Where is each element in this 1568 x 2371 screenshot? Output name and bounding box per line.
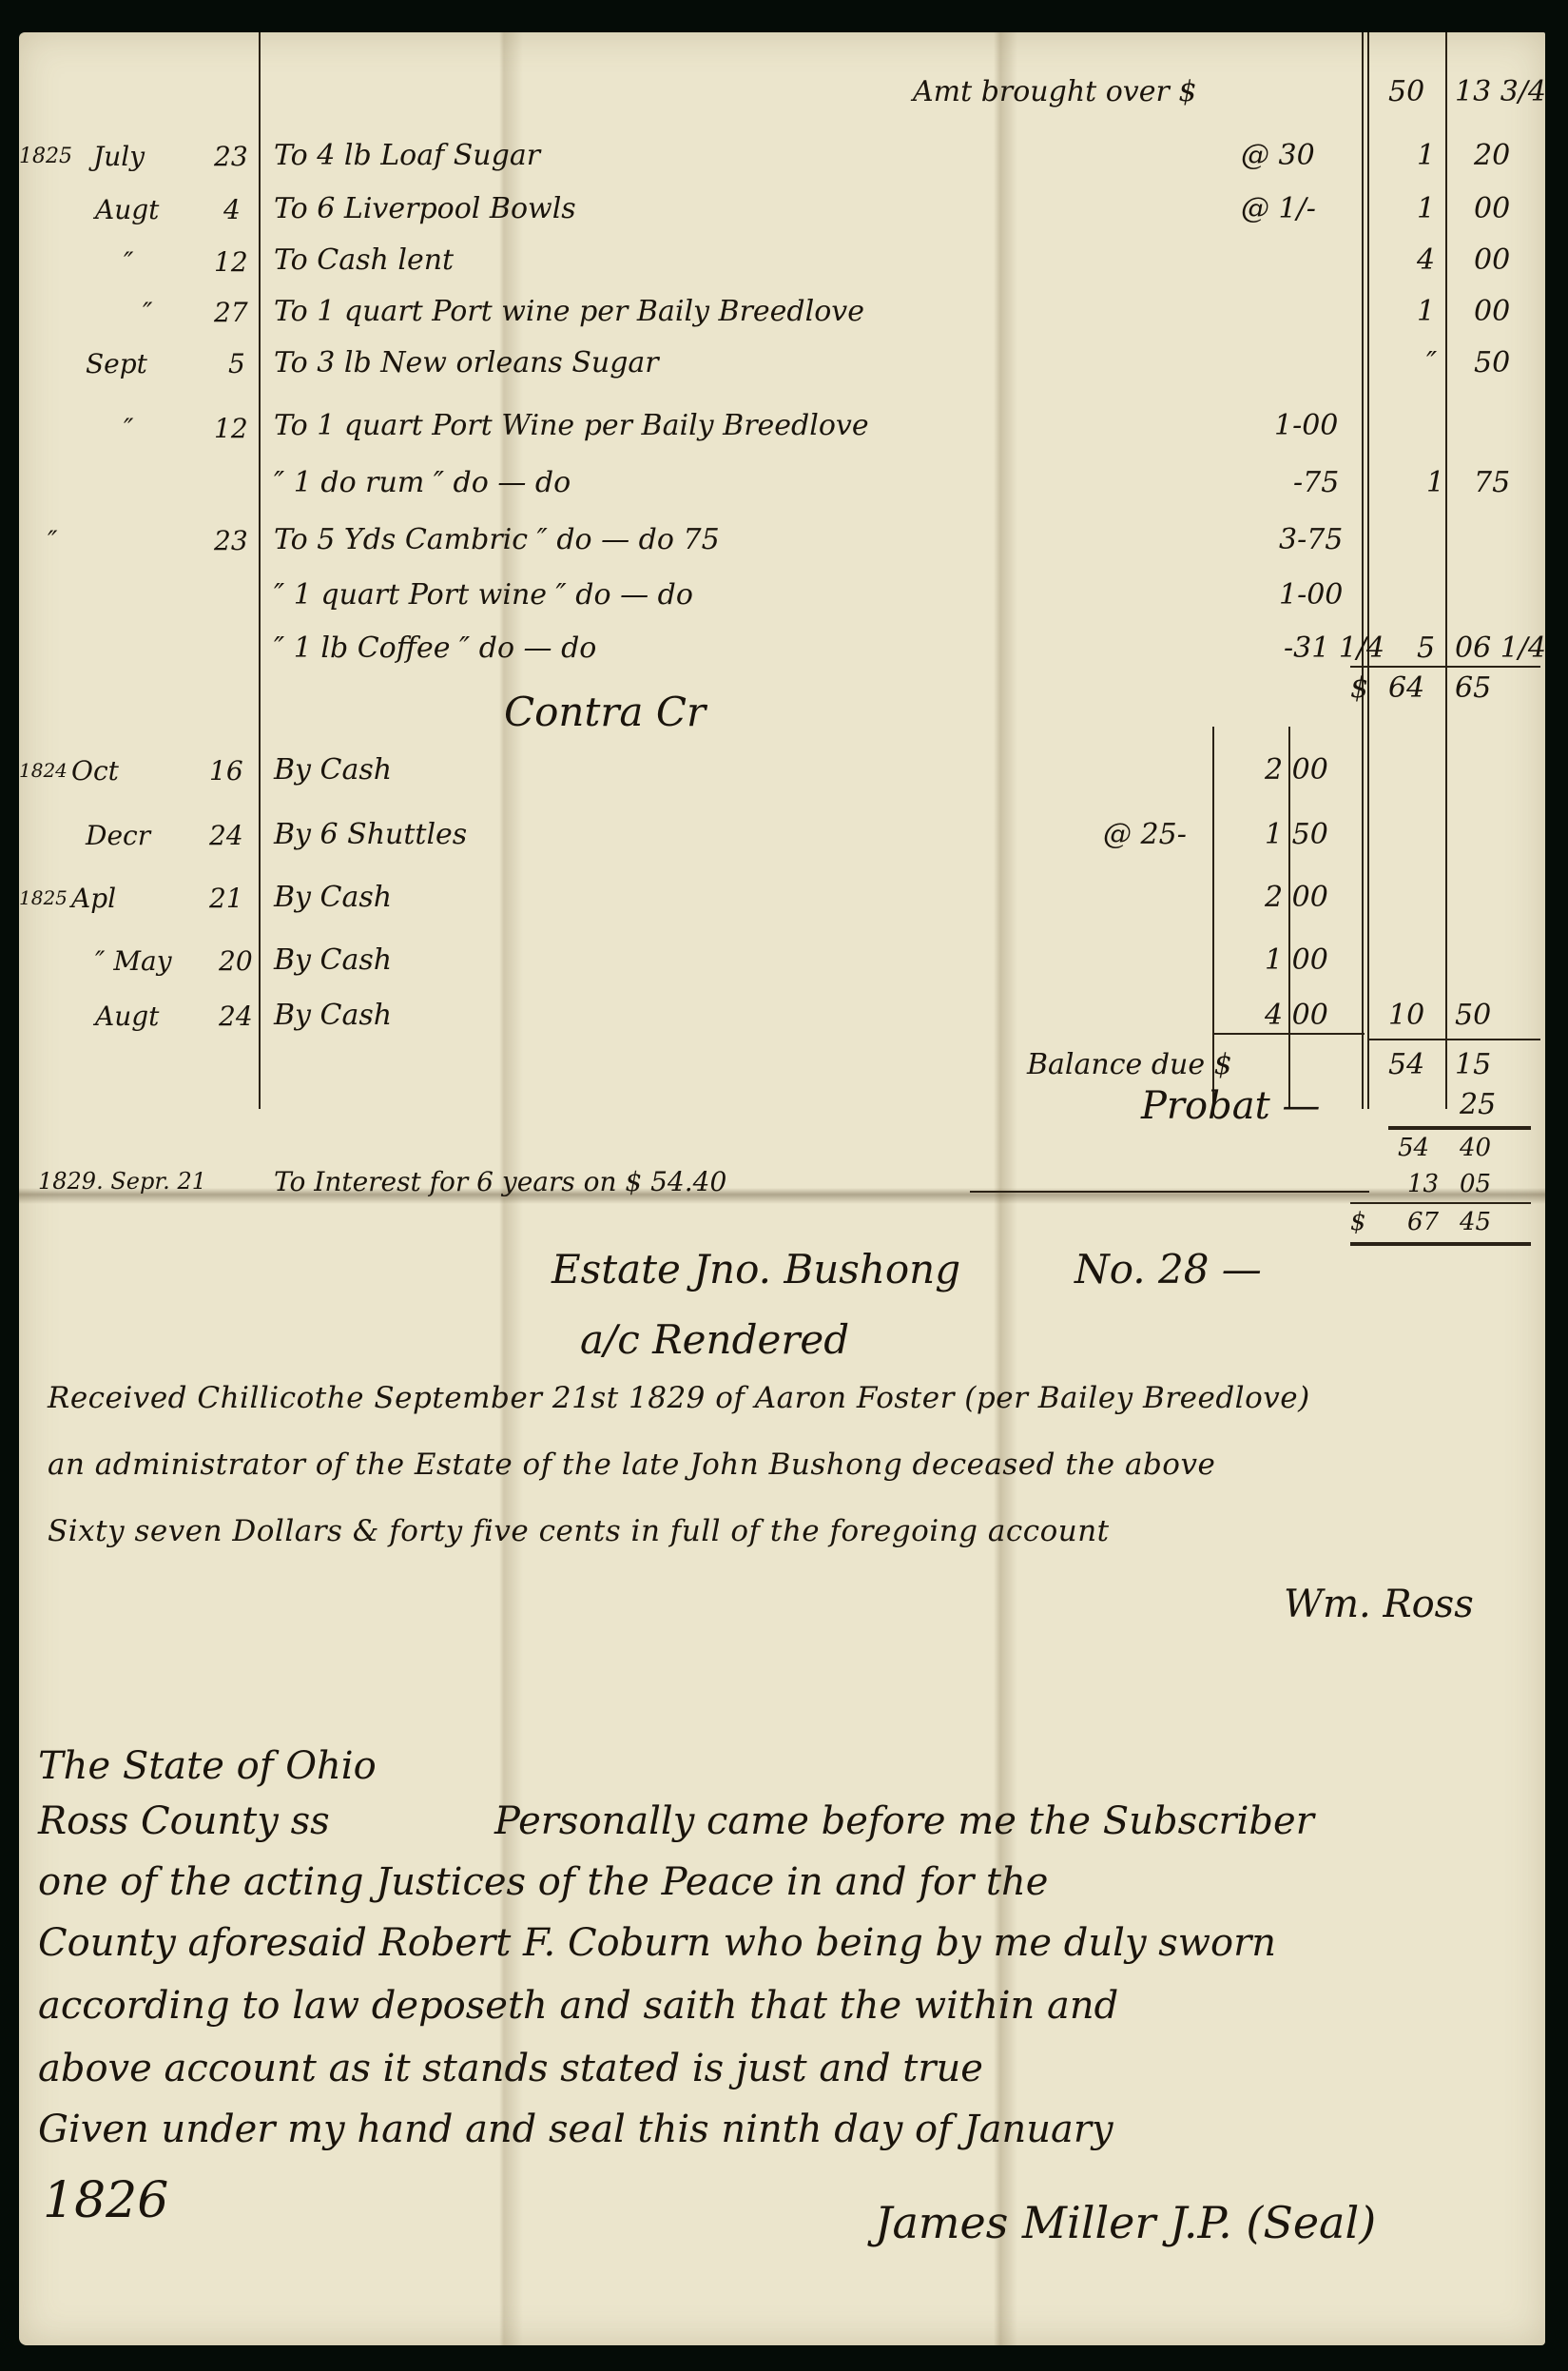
row-dollars: 1 [1417,295,1435,328]
row-description: To 6 Liverpool Bowls [274,192,576,225]
row-amount: 2 00 [1265,881,1328,914]
subtotal-cents: 40 [1460,1134,1491,1162]
credit-total-rule [1212,1033,1365,1035]
affidavit-line-3: County aforesaid Robert F. Coburn who be… [38,1921,1276,1965]
row-dollars: 1 [1417,139,1435,172]
receipt-number: No. 28 — [1074,1246,1262,1292]
row-description: ″ 1 lb Coffee ″ do — do [274,632,596,665]
debit-total-dollars: 64 [1388,671,1424,705]
row-day: 20 [219,945,253,977]
grand-total-rule-bottom [1350,1242,1531,1246]
receipt-line-2: an administrator of the Estate of the la… [48,1448,1215,1482]
subtotal-dollars: 54 [1398,1134,1429,1162]
row-dollars: ″ [1426,346,1437,379]
row-year: 1825 [19,886,68,909]
credit-total-dollars: 10 [1388,999,1424,1032]
affidavit-line-5: above account as it stands stated is jus… [38,2047,983,2090]
grand-total-cents: 45 [1460,1208,1491,1236]
row-description: To Cash lent [274,243,454,277]
receipt-title-estate: Estate Jno. Bushong [552,1246,960,1292]
affidavit-line-6: Given under my hand and seal this ninth … [38,2108,1113,2151]
row-cents: 75 [1474,466,1510,499]
affidavit-line-4: according to law deposeth and saith that… [38,1984,1118,2028]
row-description: ″ 1 do rum ″ do — do [274,466,571,499]
row-dollars: 5 [1417,632,1435,665]
row-amount: 4 00 [1265,999,1328,1032]
brought-over-label: Amt brought over $ [913,75,1196,108]
debit-total-cents: 65 [1455,671,1491,705]
row-day: 12 [214,246,248,278]
row-rate: @ 1/- [1241,192,1316,225]
row-description: By Cash [274,943,392,977]
row-day: 27 [214,297,248,328]
brought-over-dollars: 50 [1388,75,1424,108]
row-description: To 4 lb Loaf Sugar [274,139,540,172]
row-month: Sept [86,348,147,379]
row-month: Decr [86,820,150,851]
row-description: By 6 Shuttles [274,818,467,851]
row-cents: 06 1/4 [1455,632,1546,665]
affidavit-venue-state: The State of Ohio [38,1744,377,1788]
row-sub-amount: -31 1/4 [1284,632,1384,665]
receipt-line-3: Sixty seven Dollars & forty five cents i… [48,1514,1110,1548]
row-day: 24 [219,1001,253,1032]
row-dollars: 1 [1426,466,1444,499]
manuscript-page: Amt brought over $ 50 13 3/4 1825 July 2… [19,32,1545,2345]
row-month: Augt [95,194,159,225]
row-dollars: 4 [1417,243,1435,277]
row-cents: 00 [1474,295,1510,328]
balance-dollars: 54 [1388,1048,1424,1081]
row-month: Apl [71,883,116,914]
row-day: 12 [214,413,248,444]
row-amount: 1 00 [1265,943,1328,977]
dollar-column-rule-b [1367,32,1369,1109]
debit-total-rule [1350,666,1540,668]
date-column-rule [259,32,261,1109]
row-month: ″ [143,297,152,328]
probate-rule [1388,1126,1531,1130]
row-description: To 3 lb New orleans Sugar [274,346,659,379]
row-cents: 50 [1474,346,1510,379]
row-year: 1825 [19,145,72,168]
affidavit-line-2: one of the acting Justices of the Peace … [38,1860,1048,1904]
row-cents: 00 [1474,192,1510,225]
probate-cents: 25 [1460,1088,1496,1121]
row-day: 21 [209,883,243,914]
interest-description: To Interest for 6 years on $ 54.40 [274,1166,726,1197]
grand-total-symbol: $ [1350,1208,1366,1236]
row-amount: 1 50 [1265,818,1328,851]
row-month: Oct [71,755,119,787]
affidavit-line-1: Personally came before me the Subscriber [494,1799,1314,1843]
interest-leader-line [970,1191,1369,1193]
contra-heading: Contra Cr [504,689,706,735]
balance-cents: 15 [1455,1048,1491,1081]
balance-label: Balance due $ [1027,1048,1232,1081]
interest-dollars: 13 [1407,1170,1439,1198]
row-sub-amount: 3-75 [1279,523,1343,556]
row-sub-amount: 1-00 [1279,578,1343,612]
receipt-line-1: Received Chillicothe September 21st 1829… [48,1381,1310,1415]
receipt-signature: Wm. Ross [1284,1583,1474,1626]
row-day: 5 [228,348,245,379]
receipt-title-rendered: a/c Rendered [580,1316,849,1363]
affidavit-signature: James Miller J.P. (Seal) [875,2197,1376,2248]
brought-over-cents: 13 3/4 [1455,75,1546,108]
row-description: By Cash [274,999,392,1032]
row-amount: 2 00 [1265,753,1328,787]
interest-date: 1829. Sepr. 21 [38,1168,206,1195]
row-month: ″ [48,525,57,556]
row-sub-amount: 1-00 [1274,409,1338,442]
row-description: By Cash [274,881,392,914]
row-rate: @ 25- [1103,818,1187,851]
row-day: 16 [209,755,243,787]
affidavit-year: 1826 [43,2172,168,2229]
row-dollars: 1 [1417,192,1435,225]
grand-total-rule-top [1350,1202,1531,1204]
cents-column-rule [1445,32,1447,1109]
interest-cents: 05 [1460,1170,1491,1198]
row-cents: 00 [1474,243,1510,277]
row-description: ″ 1 quart Port wine ″ do — do [274,578,693,612]
row-description: To 5 Yds Cambric ″ do — do 75 [274,523,720,556]
row-description: To 1 quart Port Wine per Baily Breedlove [274,409,869,442]
grand-total-dollars: 67 [1407,1208,1439,1236]
row-description: By Cash [274,753,392,787]
row-description: To 1 quart Port wine per Baily Breedlove [274,295,864,328]
row-day: 23 [214,525,248,556]
row-day: 24 [209,820,243,851]
probate-label: Probat — [1141,1084,1320,1128]
dollar-column-rule-a [1362,32,1364,1109]
row-month: July [93,141,145,172]
affidavit-venue-county: Ross County ss [38,1799,330,1843]
row-year: 1824 [19,759,68,782]
credit-total-cents: 50 [1455,999,1491,1032]
row-day: 4 [223,194,241,225]
debit-total-symbol: $ [1350,671,1368,705]
row-month: ″ [124,413,133,444]
row-month: ″ [124,246,133,278]
row-cents: 20 [1474,139,1510,172]
row-month: Augt [95,1001,159,1032]
row-day: 23 [214,141,248,172]
row-month: ″ May [95,945,172,977]
row-rate: @ 30 [1241,139,1315,172]
row-sub-amount: -75 [1293,466,1339,499]
credit-subtract-rule [1369,1039,1540,1040]
